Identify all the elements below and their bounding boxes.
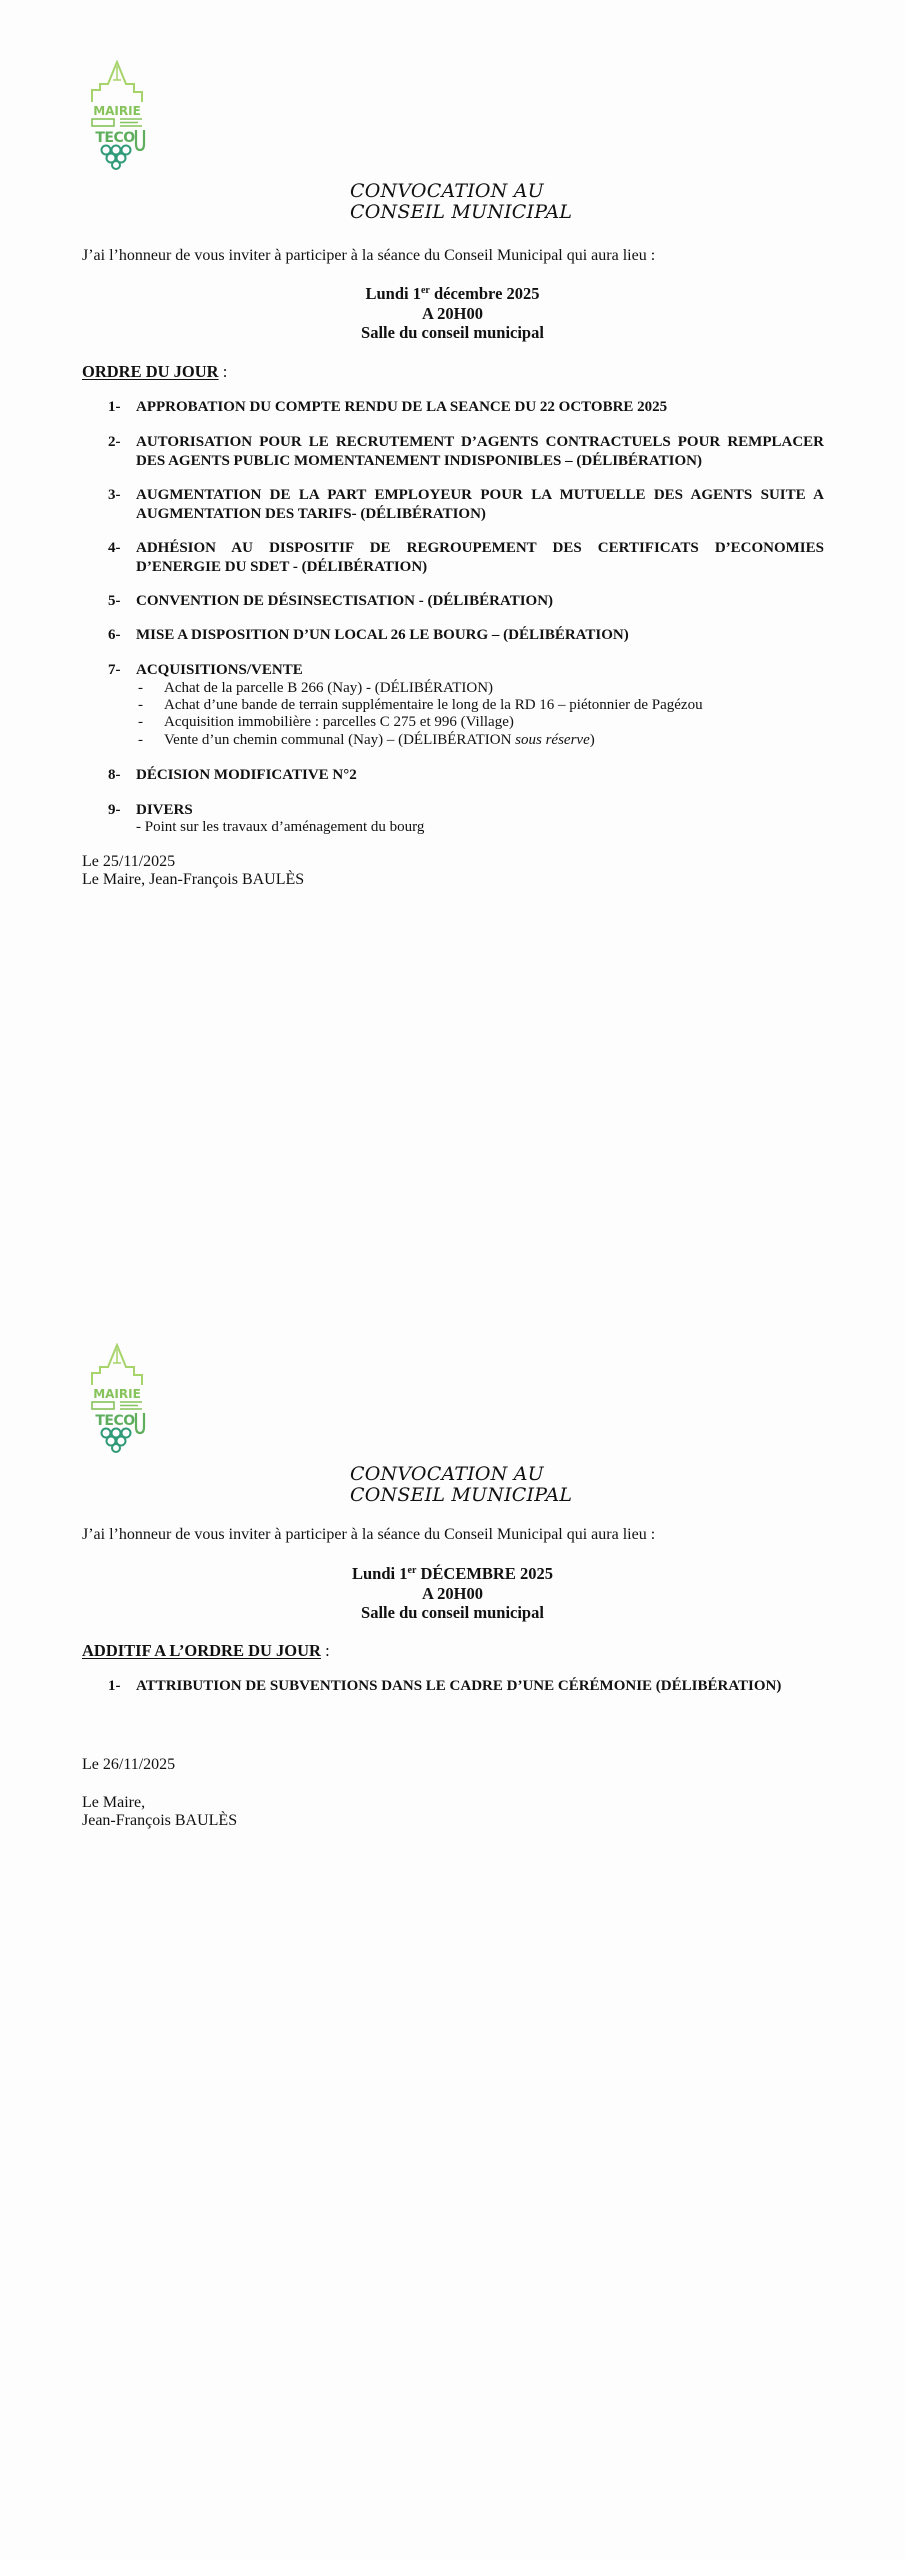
mairie-logo-icon: MAIRIE TECO — [86, 60, 148, 170]
agenda-item: 4-ADHÉSION AU DISPOSITIF DE REGROUPEMENT… — [108, 539, 824, 577]
invitation-text: J’ai l’honneur de vous inviter à partici… — [82, 247, 655, 265]
agenda-item: 3-AUGMENTATION DE LA PART EMPLOYEUR POUR… — [108, 486, 824, 524]
agenda-heading: ORDRE DU JOUR : — [82, 362, 227, 382]
meeting-date: Lundi 1er décembre 2025 — [0, 284, 905, 304]
title-line-2: CONSEIL MUNICIPAL — [350, 1485, 572, 1506]
mairie-logo-icon: MAIRIE TECO — [86, 1343, 148, 1453]
document-date: Le 26/11/2025 — [82, 1756, 175, 1774]
title-line-1: CONVOCATION AU — [350, 1464, 572, 1485]
agenda-item-acquisitions: 7-ACQUISITIONS/VENTE — [108, 661, 824, 680]
title-line-1: CONVOCATION AU — [350, 181, 572, 202]
invitation-text: J’ai l’honneur de vous inviter à partici… — [82, 1526, 655, 1544]
agenda-item-divers: 9-DIVERS — [108, 801, 824, 820]
convocation-page-2-additif: MAIRIE TECO CONVOCATION AU CONSEIL MUNIC… — [0, 1283, 905, 2560]
mayor-signature: Le Maire, Jean-François BAULÈS — [82, 871, 304, 889]
mayor-name: Jean-François BAULÈS — [82, 1812, 237, 1830]
agenda-subitem: -Vente d’un chemin communal (Nay) – (DÉL… — [138, 732, 595, 750]
additif-heading: ADDITIF A L’ORDRE DU JOUR : — [82, 1641, 330, 1661]
title-line-2: CONSEIL MUNICIPAL — [350, 202, 572, 223]
meeting-time: A 20H00 — [0, 304, 905, 324]
agenda-item: 8-DÉCISION MODIFICATIVE N°2 — [108, 766, 824, 785]
document-title: CONVOCATION AU CONSEIL MUNICIPAL — [350, 1464, 572, 1506]
convocation-page-1: MAIRIE TECO CONVOCATION AU CONSEIL MUNIC… — [0, 0, 905, 1280]
mairie-tecou-logo: MAIRIE TECO — [86, 1343, 148, 1453]
document-title: CONVOCATION AU CONSEIL MUNICIPAL — [350, 181, 572, 223]
meeting-details: Lundi 1er décembre 2025 A 20H00 Salle du… — [0, 284, 905, 343]
mayor-title: Le Maire, — [82, 1794, 145, 1812]
svg-text:TECO: TECO — [95, 130, 135, 146]
svg-text:MAIRIE: MAIRIE — [93, 104, 141, 118]
document-date: Le 25/11/2025 — [82, 853, 175, 871]
agenda-subitem: -Acquisition immobilière : parcelles C 2… — [138, 714, 514, 732]
meeting-details: Lundi 1er DÉCEMBRE 2025 A 20H00 Salle du… — [0, 1564, 905, 1623]
agenda-item: 6-MISE A DISPOSITION D’UN LOCAL 26 LE BO… — [108, 626, 824, 645]
agenda-item: 1-ATTRIBUTION DE SUBVENTIONS DANS LE CAD… — [108, 1677, 824, 1696]
svg-text:MAIRIE: MAIRIE — [93, 1387, 141, 1401]
agenda-subitem: -Achat d’une bande de terrain supplément… — [138, 697, 703, 715]
agenda-item: 1-APPROBATION DU COMPTE RENDU DE LA SEAN… — [108, 398, 824, 417]
mairie-tecou-logo: MAIRIE TECO — [86, 60, 148, 170]
meeting-place: Salle du conseil municipal — [0, 323, 905, 343]
meeting-time: A 20H00 — [0, 1584, 905, 1604]
agenda-item: 2-AUTORISATION POUR LE RECRUTEMENT D’AGE… — [108, 433, 824, 471]
divers-note: - Point sur les travaux d’aménagement du… — [136, 819, 424, 836]
agenda-subitem: -Achat de la parcelle B 266 (Nay) - (DÉL… — [138, 680, 493, 698]
agenda-item: 5-CONVENTION DE DÉSINSECTISATION - (DÉLI… — [108, 592, 824, 611]
meeting-place: Salle du conseil municipal — [0, 1603, 905, 1623]
meeting-date: Lundi 1er DÉCEMBRE 2025 — [0, 1564, 905, 1584]
svg-text:TECO: TECO — [95, 1413, 135, 1429]
